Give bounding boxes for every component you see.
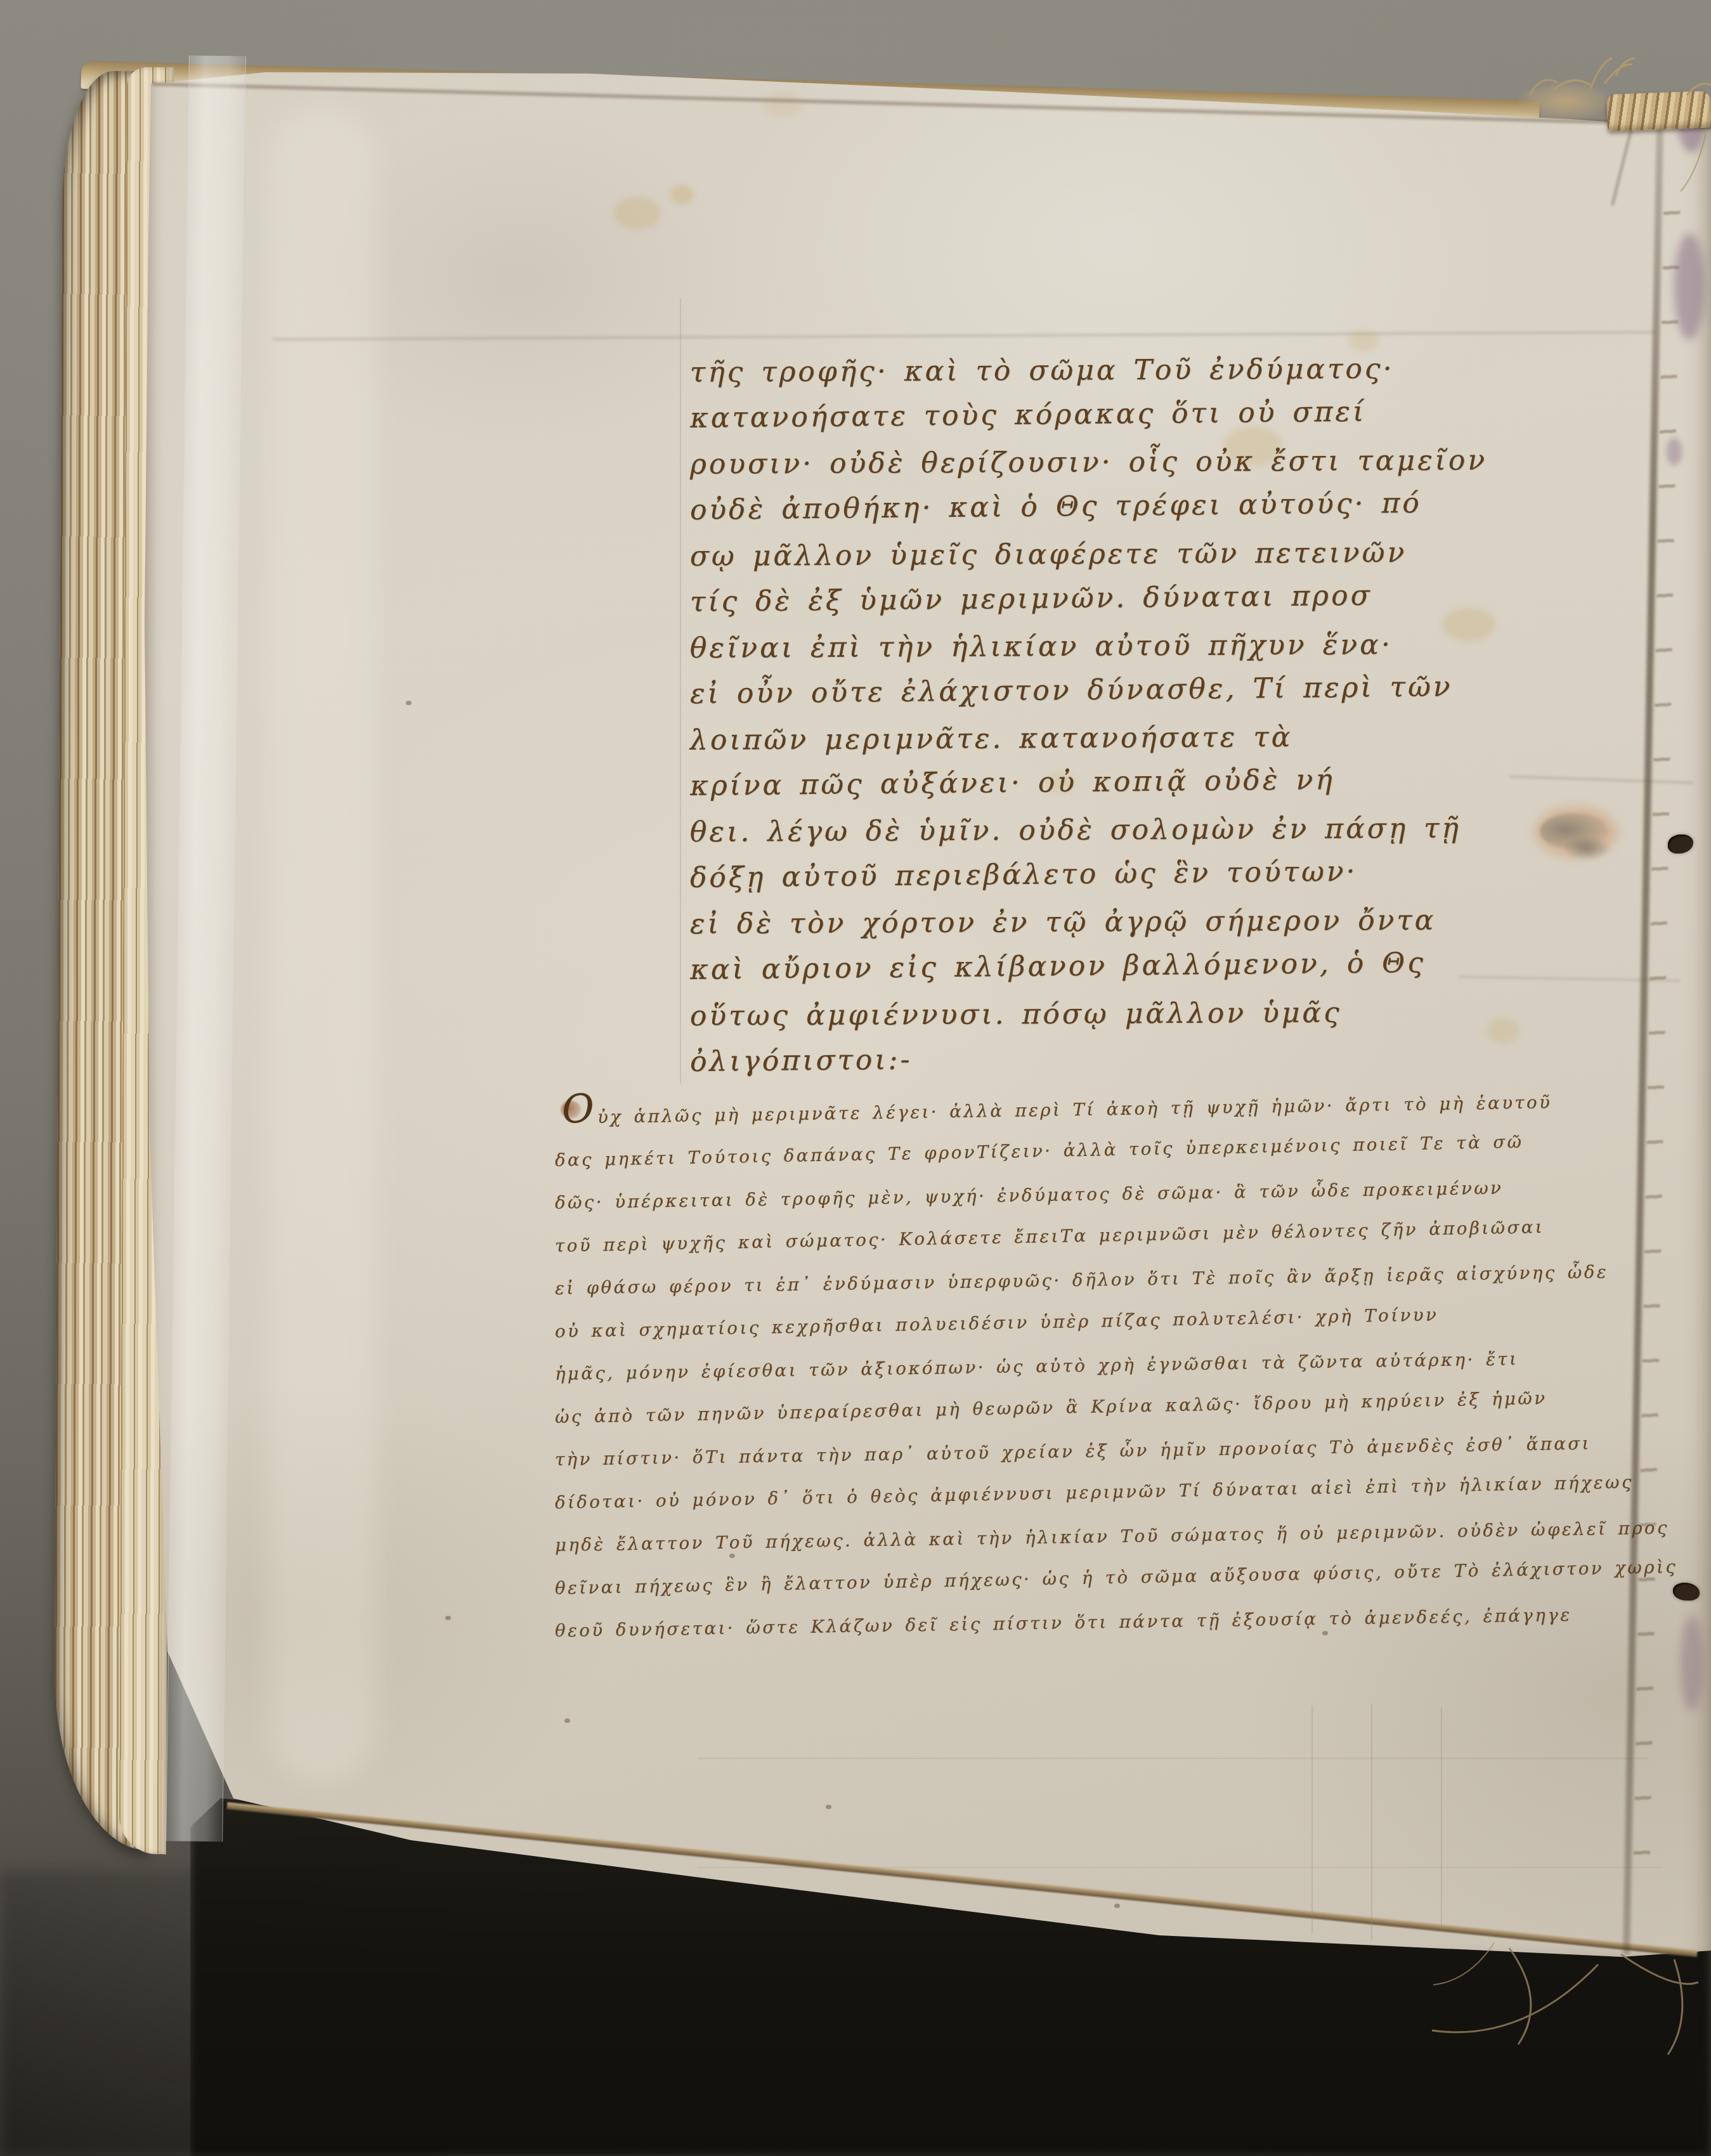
speck xyxy=(1114,1904,1120,1908)
gospel-line: οὕτως ἀμφιέννυσι. πόσῳ μᾶλλον ὑμᾶς xyxy=(690,990,1342,1039)
speck xyxy=(406,701,412,705)
ruling-line xyxy=(1371,1705,1372,1940)
gospel-line: τίς δὲ ἐξ ὑμῶν μεριμνῶν. δύναται προσ xyxy=(690,573,1372,625)
gospel-line: εἰ δὲ τὸν χόρτον ἐν τῷ ἀγρῷ σήμερον ὄντα xyxy=(690,898,1436,947)
gospel-line: οὐδὲ ἀποθήκη· καὶ ὁ Θς τρέφει αὐτούς· πό xyxy=(690,481,1422,533)
burn-stain xyxy=(1564,837,1610,860)
parchment-pale-streak xyxy=(269,108,377,1782)
gospel-line: θεῖναι ἐπὶ τὴν ἡλικίαν αὐτοῦ πῆχυν ἕνα· xyxy=(690,622,1393,672)
gospel-line: κρίνα πῶς αὐξάνει· οὐ κοπιᾷ οὐδὲ νή xyxy=(690,757,1335,809)
endband-frayed-tuft xyxy=(1516,81,1615,122)
purple-stain xyxy=(1681,1616,1703,1711)
stain xyxy=(1487,1017,1519,1044)
ruling-line xyxy=(698,1867,1662,1868)
gospel-line: θει. λέγω δὲ ὑμῖν. οὐδὲ σολομὼν ἐν πάσῃ … xyxy=(690,806,1461,855)
speck xyxy=(445,1616,451,1620)
gospel-line: κατανοήσατε τοὺς κόρακας ὅτι οὐ σπεί xyxy=(690,389,1367,441)
gospel-line: τῆς τροφῆς· καὶ τὸ σῶμα Τοῦ ἐνδύματος· xyxy=(690,346,1395,396)
stain xyxy=(1442,607,1495,642)
gospel-line: σῳ μᾶλλον ὑμεῖς διαφέρετε τῶν πετεινῶν xyxy=(690,530,1407,580)
purple-stain xyxy=(1667,438,1682,465)
gospel-line: λοιπῶν μεριμνᾶτε. κατανοήσατε τὰ xyxy=(690,715,1293,763)
endband-coil xyxy=(1606,91,1711,131)
ruling-line xyxy=(698,1758,1649,1759)
worm-hole xyxy=(1673,1583,1700,1601)
gospel-line: ὀλιγόπιστοι:- xyxy=(690,1037,913,1085)
gospel-line: δόξῃ αὐτοῦ περιεβάλετο ὡς ἓν τούτων· xyxy=(690,849,1358,901)
purple-stain xyxy=(1674,233,1705,340)
gospel-line: ρουσιν· οὐδὲ θερίζουσιν· οἷς οὐκ ἔστι τα… xyxy=(690,438,1488,488)
manuscript-photograph: τῆς τροφῆς· καὶ τὸ σῶμα Τοῦ ἐνδύματος· κ… xyxy=(0,0,1711,2156)
speck xyxy=(564,1718,570,1723)
gospel-line: καὶ αὔριον εἰς κλίβανον βαλλόμενον, ὁ Θς xyxy=(690,940,1426,993)
gospel-line: εἰ οὖν οὔτε ἐλάχιστον δύνασθε, Τί περὶ τ… xyxy=(690,664,1453,717)
stain xyxy=(764,93,803,117)
ruling-line xyxy=(680,298,681,1084)
ruling-line xyxy=(1311,1706,1313,1934)
stain xyxy=(614,197,661,230)
stain xyxy=(670,185,694,204)
enlarged-initial: Ο xyxy=(561,1085,595,1133)
speck xyxy=(826,1805,831,1809)
ruling-line xyxy=(1441,1707,1442,1929)
